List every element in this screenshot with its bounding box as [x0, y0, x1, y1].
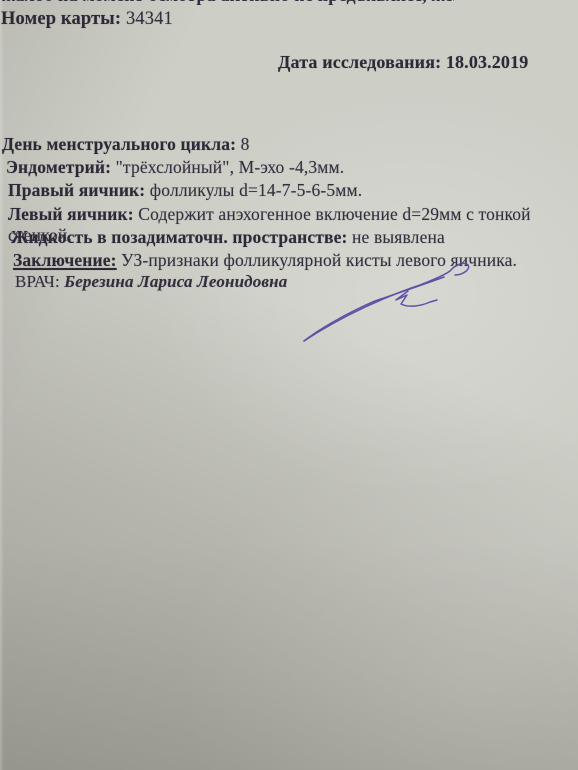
doctor-name: Березина Лариса Леонидовна: [60, 272, 288, 291]
study-date-label: Дата исследования:: [278, 52, 441, 72]
doctor-line: ВРАЧ: Березина Лариса Леонидовна: [15, 272, 287, 292]
study-date-line: Дата исследования: 18.03.2019: [278, 52, 528, 73]
finding-right-ovary: Правый яичник: фолликулы d=14-7-5-6-5мм.: [8, 180, 568, 203]
card-number-line: Номер карты: 34341: [1, 9, 173, 30]
finding-cycle-day: День менструального цикла: 8: [2, 134, 568, 157]
paper-background: [0, 0, 578, 770]
findings-block: День менструального цикла: 8 Эндометрий:…: [2, 134, 568, 273]
finding-fluid: Жидкость в позадиматочн. пространстве: н…: [11, 227, 568, 250]
doctor-label: ВРАЧ:: [15, 272, 60, 291]
finding-endometrium: Эндометрий: "трёхслойный", М-эхо -4,3мм.: [6, 157, 568, 180]
card-number-label: Номер карты:: [1, 9, 121, 29]
top-clipped-text-line: жалоб на момент осмотра активно не предъ…: [2, 0, 454, 5]
signature-main-stroke: [304, 263, 469, 341]
signature-zigzag-stroke: [396, 291, 437, 306]
study-date-value: 18.03.2019: [441, 52, 528, 72]
card-number-value: 34341: [121, 9, 173, 29]
signature-return-stroke: [304, 277, 444, 341]
finding-left-ovary: Левый яичник: Содержит анэхогенное включ…: [8, 204, 568, 227]
doctor-signature-ink: [290, 255, 485, 350]
